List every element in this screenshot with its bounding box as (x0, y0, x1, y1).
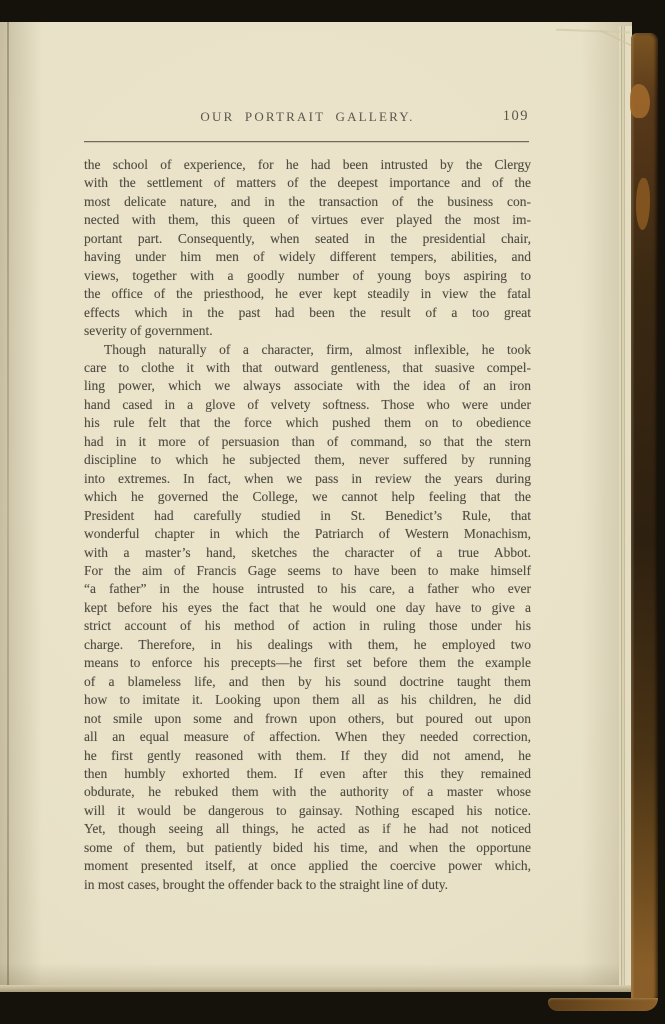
text-line: discipline to which he subjected them, n… (84, 451, 531, 469)
text-line: charge. Therefore, in his dealings with … (84, 636, 531, 654)
text-line: effects which in the past had been the r… (84, 304, 531, 322)
text-line: severity of government. (84, 322, 531, 340)
text-line: having under him men of widely different… (84, 248, 531, 266)
page-header: OUR PORTRAIT GALLERY. 109 (84, 109, 531, 129)
text-line: with the settlement of matters of the de… (84, 174, 531, 192)
text-line: For the aim of Francis Gage seems to hav… (84, 562, 531, 580)
text-line: care to clothe it with that outward gent… (84, 359, 531, 377)
text-line: means to enforce his precepts—he first s… (84, 654, 531, 672)
text-line: the school of experience, for he had bee… (84, 156, 531, 174)
text-line: the office of the priesthood, he ever ke… (84, 285, 531, 303)
text-line: not smile upon some and frown upon other… (84, 710, 531, 728)
book-binding-bottom (548, 998, 658, 1011)
text-line: ling power, which we always associate wi… (84, 377, 531, 395)
page-text: the school of experience, for he had bee… (84, 156, 531, 894)
text-line: how to imitate it. Looking upon them all… (84, 691, 531, 709)
text-line: views, together with a goodly number of … (84, 267, 531, 285)
text-line: some of them, but patiently bided his ti… (84, 839, 531, 857)
text-line: portant part. Consequently, when seated … (84, 230, 531, 248)
text-line: which he governed the College, we cannot… (84, 488, 531, 506)
text-line: then humbly exhorted them. If even after… (84, 765, 531, 783)
text-line: wonderful chapter in which the Patriarch… (84, 525, 531, 543)
scanned-book-photo: OUR PORTRAIT GALLERY. 109 the school of … (0, 0, 665, 1024)
text-line: with a master’s hand, sketches the chara… (84, 544, 531, 562)
text-line: he first gently reasoned with them. If t… (84, 747, 531, 765)
text-line: all an equal measure of affection. When … (84, 728, 531, 746)
page-bottom-edge-stack (0, 985, 632, 992)
torn-paper-patch (630, 84, 650, 118)
text-line: obdurate, he rebuked them with the autho… (84, 783, 531, 801)
text-line: will it would be dangerous to gainsay. N… (84, 802, 531, 820)
text-line: had in it more of persuasion than of com… (84, 433, 531, 451)
running-title: OUR PORTRAIT GALLERY. (84, 109, 531, 125)
text-line: his rule felt that the force which pushe… (84, 414, 531, 432)
header-rule (84, 141, 529, 142)
page-number: 109 (503, 108, 529, 125)
text-line: strict account of his method of action i… (84, 617, 531, 635)
text-line: nected with them, this queen of virtues … (84, 211, 531, 229)
text-line: Though naturally of a character, firm, a… (84, 341, 531, 359)
text-line: Yet, though seeing all things, he acted … (84, 820, 531, 838)
text-line: President had carefully studied in St. B… (84, 507, 531, 525)
text-line: hand cased in a glove of velvety softnes… (84, 396, 531, 414)
page-gutter-fold (7, 22, 9, 992)
text-line: in most cases, brought the offender back… (84, 876, 531, 894)
text-line: most delicate nature, and in the transac… (84, 193, 531, 211)
text-line: moment presented itself, at once applied… (84, 857, 531, 875)
text-line: “a father” in the house intrusted to his… (84, 580, 531, 598)
text-line: of a blameless life, and then by his sou… (84, 673, 531, 691)
text-line: into extremes. In fact, when we pass in … (84, 470, 531, 488)
text-line: kept before his eyes the fact that he wo… (84, 599, 531, 617)
